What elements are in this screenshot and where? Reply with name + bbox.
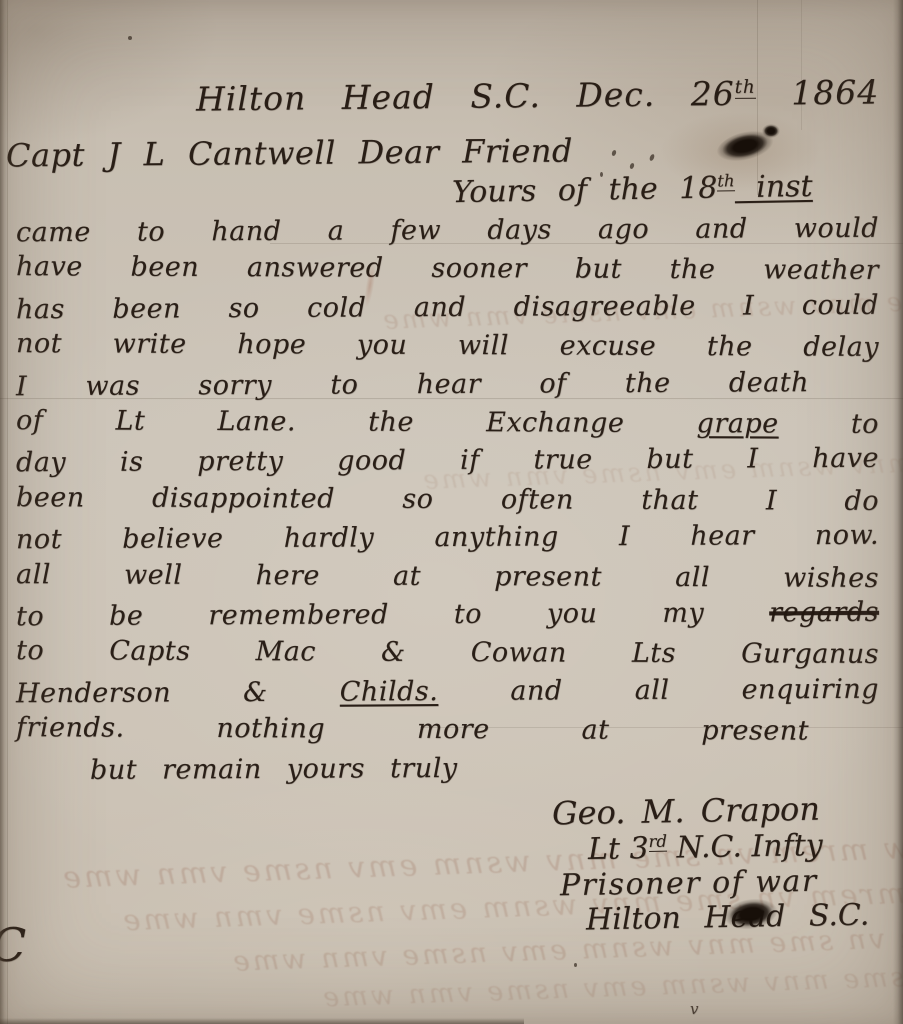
- ink-speck: [649, 153, 656, 161]
- signature-status: Prisoner of war: [560, 864, 818, 903]
- letter-line: of Lt Lane. the Exchange grape to: [16, 402, 879, 444]
- letter-line: came to hand a few days ago and would: [16, 210, 879, 253]
- letter-line: Henderson & Childs. and all enquiring: [16, 671, 879, 714]
- ink-speck: [574, 963, 577, 967]
- letter-line: friends. nothing more at present: [16, 709, 879, 751]
- letter-line: I was sorry to hear of the death: [16, 363, 879, 406]
- signature-rank: Lt 3rd N.C. Infty: [588, 828, 823, 867]
- ink-speck: [629, 162, 635, 169]
- letter-line: all well here at present all wishes: [16, 556, 879, 598]
- line-text: Henderson &: [16, 676, 340, 709]
- salutation: Capt J L Cantwell Dear Friend: [6, 132, 573, 175]
- letter-line: but remain yours truly: [16, 747, 879, 790]
- page-bottom-edge-shadow: [0, 1018, 524, 1024]
- line-text: to: [779, 408, 879, 439]
- underlined-word: grape: [697, 408, 779, 439]
- ordinal-suffix: rd: [648, 832, 667, 852]
- letter-body: came to hand a few days ago and would ha…: [16, 212, 879, 788]
- page-right-edge-shadow: [893, 0, 903, 1024]
- underlined-word: Childs.: [340, 676, 439, 708]
- letter-line: to be remembered to you my regards: [16, 594, 879, 637]
- ink-blot: [762, 124, 780, 138]
- struck-out-word: regards: [769, 597, 879, 629]
- letter-line: not believe hardly anything I hear now.: [16, 517, 879, 560]
- ordinal-suffix: th: [735, 77, 756, 99]
- letter-line: been disappointed so often that I do: [16, 479, 879, 521]
- torn-left-edge: [0, 0, 8, 1024]
- signature-name: Geo. M. Crapon: [552, 790, 820, 833]
- ink-speck: [600, 172, 603, 177]
- ink-speck: [128, 36, 132, 40]
- dateline-year: 1864: [756, 72, 880, 112]
- rank-text: N.C. Infty: [667, 828, 823, 866]
- letter-line: day is pretty good if true but I have: [16, 440, 879, 483]
- letter-line: has been so cold and disagreeable I coul…: [16, 287, 879, 330]
- line-text: to be remembered to you my: [16, 597, 769, 632]
- rank-text: Lt 3: [588, 831, 649, 867]
- scanned-letter-page: nmw mrem vn sme mnv wsnm emv nsme vmn wm…: [0, 0, 903, 1024]
- letter-line: to Capts Mac & Cowan Lts Gurganus: [16, 633, 879, 675]
- line-text: and all enquiring: [438, 674, 879, 707]
- small-pen-mark: v: [690, 1000, 698, 1018]
- line-text: of Lt Lane. the Exchange: [16, 405, 697, 439]
- dateline-place-date: Hilton Head S.C. Dec. 26: [196, 74, 735, 119]
- ink-speck: [611, 149, 617, 156]
- letter-line: not write hope you will excuse the delay: [16, 325, 879, 367]
- letter-line: have been answered sooner but the weathe…: [16, 249, 879, 291]
